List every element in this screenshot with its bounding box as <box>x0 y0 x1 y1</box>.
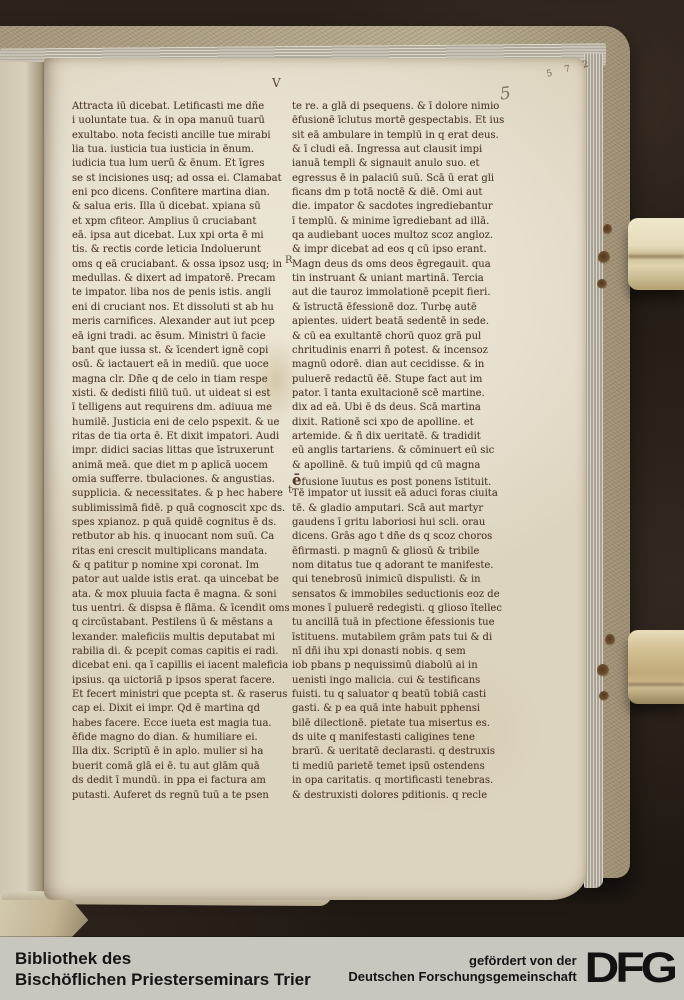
manuscript-line: impr. didici sacias littas que īstruxeru… <box>72 444 291 458</box>
manuscript-line: Illa dix. Scriptū ē in aplo. mulier si h… <box>72 745 291 759</box>
manuscript-line: magnū odorē. dian aut cecidisse. & in <box>292 358 504 372</box>
manuscript-line: et xpm cfiteor. Amplius ū cruciabant <box>72 215 291 229</box>
manuscript-line: meris carnifices. Alexander aut iut pcep <box>72 315 291 329</box>
manuscript-line: buerit comā glā ei ē. tu aut glām quā <box>72 760 291 774</box>
library-name-line1: Bibliothek des <box>15 948 311 969</box>
manuscript-line: sublimissimā fidē. p quā cognoscit xpc d… <box>72 502 291 516</box>
manuscript-line: bant que iussa st. & īcendert ignē copi <box>72 344 291 358</box>
manuscript-line: gasti. & p ea quā inte habuit pphensi <box>292 702 504 716</box>
manuscript-line: die. impator & sacdotes ingrediebantur <box>292 200 504 214</box>
manuscript-line: tin instruant & uniant martinā. Tercia <box>292 272 504 286</box>
manuscript-line: Magn deus ds oms deos ēgregauit. qua <box>292 258 504 272</box>
manuscript-line: putasti. Auferet ds regnū tuū a te psen <box>72 789 291 803</box>
manuscript-line: tu ancillā tuā in pfectione ēfessionis t… <box>292 616 504 630</box>
manuscript-line: nī dñi ihu xpi donasti nobis. q sem <box>292 645 504 659</box>
manuscript-line: eā. ipsa aut dicebat. Lux xpi orta ē mi <box>72 229 291 243</box>
manuscript-line: ti mediū parietē temet ipsū ostendens <box>292 760 504 774</box>
manuscript-line: q circūstabant. Pestilens ū & mēstans a <box>72 616 291 630</box>
manuscript-line: te impator. liba nos de penis istis. ang… <box>72 286 291 300</box>
manuscript-line: in opa caritatis. q mortificasti tenebra… <box>292 774 504 788</box>
manuscript-line: ds dedit ī mundū. in ppa ei factura am <box>72 774 291 788</box>
manuscript-line: iob pbans p nequissimū diabolū ai in <box>292 659 504 673</box>
manuscript-line: magna clr. Dñe q de celo in tiam respe <box>72 373 291 387</box>
manuscript-line: i uoluntate tua. & in opa manuū tuarū <box>72 114 291 128</box>
manuscript-line: retbutor ab his. q inuocant nom suū. Ca <box>72 530 291 544</box>
manuscript-line: osū. & iactauert eā in mediū. que uoce <box>72 358 291 372</box>
manuscript-line: qui tenebrosū inimicū dispulisti. & in <box>292 573 504 587</box>
manuscript-line: & impr dicebat ad eos q cū ipso erant. <box>292 243 504 257</box>
manuscript-line: Et fecert ministri que pcepta st. & rase… <box>72 688 291 702</box>
manuscript-line: Tē impator ut iussit eā aduci foras ciui… <box>292 487 504 501</box>
manuscript-line: pator. ī tanta exultacionē scē martine. <box>292 387 504 401</box>
facing-page-gutter <box>0 62 46 958</box>
clasp-strap-lower <box>628 630 684 704</box>
manuscript-line: & īstructā ēfessionē doz. Turbę autē <box>292 301 504 315</box>
manuscript-line: animā meā. que diet m p aplicā uocem <box>72 459 291 473</box>
manuscript-line: xisti. & dedisti filiū tuū. ut uideat si… <box>72 387 291 401</box>
manuscript-line: medullas. & dixert ad impatorē. Precam <box>72 272 291 286</box>
manuscript-line: tē. & gladio amputari. Scā aut martyr <box>292 502 504 516</box>
cover-stain <box>598 251 610 264</box>
text-column-b: te re. a glā di psequens. & ī dolore nim… <box>292 100 504 803</box>
manuscript-line: ēfide magno do dian. & humiliare ei. <box>72 731 291 745</box>
manuscript-line: nom ditatus tue q adorant te manifeste. <box>292 559 504 573</box>
manuscript-line: aut die tauroz immolationē pcepit fieri. <box>292 286 504 300</box>
manuscript-line: dixit. Rationē sci xpo de apolline. et <box>292 416 504 430</box>
funding-line2: Deutschen Forschungsgemeinschaft <box>348 969 576 985</box>
manuscript-line: ēfirmasti. p magnū & gliosū & tribile <box>292 545 504 559</box>
manuscript-line: egressus ē in palaciū suū. Scā ū erat gl… <box>292 172 504 186</box>
manuscript-line: rabilia di. & pcepit comas capitis ei ra… <box>72 645 291 659</box>
manuscript-line: īstituens. mutabilem grām pats tui & di <box>292 631 504 645</box>
cover-stain <box>599 691 609 701</box>
manuscript-line: & cū ea exultantē chorū quoz grā pul <box>292 330 504 344</box>
manuscript-line: ritas eni crescit multiplicans mandata. <box>72 545 291 559</box>
manuscript-line: se st incisiones usq; ad ossa ei. Clamab… <box>72 172 291 186</box>
cover-stain <box>605 634 615 646</box>
manuscript-line: ata. & mox pluuia facta ē magna. & soni <box>72 588 291 602</box>
manuscript-line: ī templū. & minime īgrediebant ad illā. <box>292 215 504 229</box>
quire-mark: V <box>272 76 281 90</box>
manuscript-line: & ī cludi eā. Ingressa aut clausit impi <box>292 143 504 157</box>
manuscript-line: fuisti. tu q saluator q beatū tobiā cast… <box>292 688 504 702</box>
manuscript-line: apientes. uidert beatā sedentē in sede. <box>292 315 504 329</box>
manuscript-line: lexander. maleficiis multis deputabat mi <box>72 631 291 645</box>
manuscript-line: eā igni tradi. ac ēsum. Ministri ū facie <box>72 330 291 344</box>
manuscript-line: eū anglis tartariens. & cōminuert eū sic <box>292 444 504 458</box>
clasp-strap-upper <box>628 218 684 290</box>
manuscript-line: Attracta iū dicebat. Letificasti me dñe <box>72 100 291 114</box>
manuscript-line: ī telligens aut requirens dm. adiuua me <box>72 401 291 415</box>
manuscript-line: oms q eā cruciabant. & ossa ipsoz usq; i… <box>72 258 291 272</box>
manuscript-line: iudicia tua lum uerū & ēnum. Et īgres <box>72 157 291 171</box>
manuscript-line: dicens. Grās ago t dñe ds q scoz choros <box>292 530 504 544</box>
manuscript-line: puluerē redactū ēē. Stupe fact aut im <box>292 373 504 387</box>
manuscript-line: sensatos & immobiles seductionis eoz de <box>292 588 504 602</box>
manuscript-line: ds uite q manifestasti caligines tene <box>292 731 504 745</box>
funding-credit: gefördert von der Deutschen Forschungsge… <box>348 953 576 985</box>
manuscript-line: & destruxisti dolores pditionis. q recle <box>292 789 504 803</box>
manuscript-line: ēfusionē īclutus mortē gespectabis. Et i… <box>292 114 504 128</box>
cover-stain <box>597 664 609 677</box>
manuscript-line: & salua eris. Illa ū dicebat. xpiana sū <box>72 200 291 214</box>
library-banner: Bibliothek des Bischöflichen Priestersem… <box>0 937 684 1000</box>
manuscript-line: pator aut ualde istis erat. qa uincebat … <box>72 573 291 587</box>
manuscript-line: eni pco dicens. Confitere martina dian. <box>72 186 291 200</box>
manuscript-line: uenisti ingo malicia. cui & testificans <box>292 674 504 688</box>
manuscript-line: spes xpianoz. p quā quidē cognitus ē ds. <box>72 516 291 530</box>
manuscript-line: cap ei. Dixit ei impr. Qd ē martina qd <box>72 702 291 716</box>
manuscript-line: tus uentri. & dispsa ē flāma. & īcendit … <box>72 602 291 616</box>
manuscript-line: humilē. Justicia eni de celo pspexit. & … <box>72 416 291 430</box>
funding-line1: gefördert von der <box>348 953 576 969</box>
manuscript-line: ipsius. qa uictoriā p ipsos sperat facer… <box>72 674 291 688</box>
library-name: Bibliothek des Bischöflichen Priestersem… <box>15 948 311 990</box>
manuscript-scan: V 5 5 7 2 R t Attracta iū dicebat. Letif… <box>0 0 684 1000</box>
book-fore-edge <box>584 54 603 888</box>
manuscript-line: brarū. & ueritatē declarasti. q destruxi… <box>292 745 504 759</box>
manuscript-line: qa audiebant uoces multoz scoz angloz. <box>292 229 504 243</box>
manuscript-line: & apollinē. & tuū impiū qd cū magna <box>292 459 504 473</box>
library-name-line2: Bischöflichen Priesterseminars Trier <box>15 969 311 990</box>
cover-stain <box>603 224 612 235</box>
manuscript-line: gaudens ī gritu laboriosi hui scli. orau <box>292 516 504 530</box>
manuscript-line: mones ī puluerē redegisti. q glioso ītel… <box>292 602 504 616</box>
manuscript-line: ritas de tia orta ē. Et dixit impatori. … <box>72 430 291 444</box>
manuscript-line: chritudinis enarri ñ potest. & incensoz <box>292 344 504 358</box>
manuscript-line: dix ad eā. Ubi ē ds deus. Scā martina <box>292 401 504 415</box>
manuscript-line: ēfusione īuutus es post ponens īstituit. <box>292 473 504 487</box>
manuscript-line: sit eā ambulare in templū in q erat deus… <box>292 129 504 143</box>
manuscript-line: exultabo. nota fecisti ancille tue mirab… <box>72 129 291 143</box>
text-column-a: Attracta iū dicebat. Letificasti me dñei… <box>72 100 291 803</box>
manuscript-line: eni di cruciant nos. Et dissoluti st ab … <box>72 301 291 315</box>
manuscript-line: omia sufferre. tbulaciones. & angustias. <box>72 473 291 487</box>
manuscript-line: & q patitur p nomine xpi coronat. Im <box>72 559 291 573</box>
manuscript-line: tis. & rectis corde leticia Indoluerunt <box>72 243 291 257</box>
manuscript-line: ianuā templi & signauit anulo suo. et <box>292 157 504 171</box>
manuscript-line: habes facere. Ecce iueta est magia tua. <box>72 717 291 731</box>
manuscript-line: supplicia. & necessitates. & p hec haber… <box>72 487 291 501</box>
manuscript-line: bilē dilectionē. pietate tua misertus es… <box>292 717 504 731</box>
dfg-logo: DFG <box>585 947 674 989</box>
cover-stain <box>597 279 607 289</box>
manuscript-line: dicebat eni. qa ī capillis ei iacent mal… <box>72 659 291 673</box>
manuscript-line: artemide. & ñ dix ueritatē. & tradidit <box>292 430 504 444</box>
manuscript-line: te re. a glā di psequens. & ī dolore nim… <box>292 100 504 114</box>
manuscript-line: lia tua. iusticia tua iusticia in ēnum. <box>72 143 291 157</box>
manuscript-line: ficans dm p totā noctē & diē. Omi aut <box>292 186 504 200</box>
